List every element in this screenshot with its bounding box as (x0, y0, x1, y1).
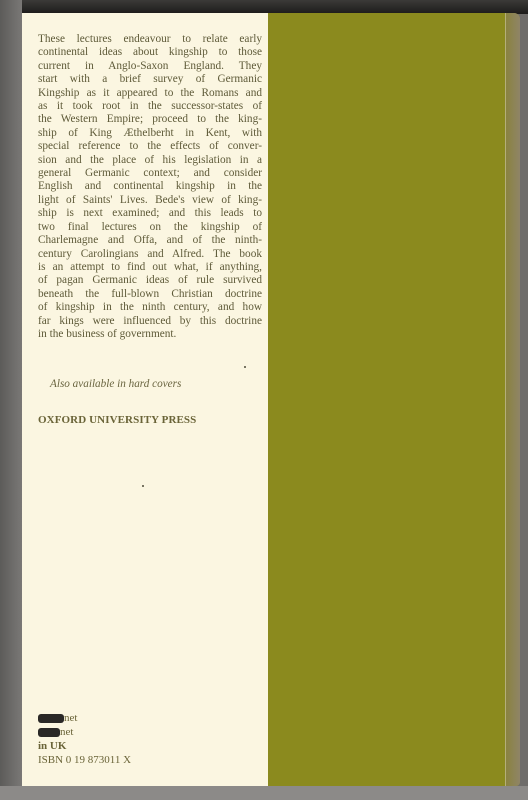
blurb-line: far kings were influenced by this doctri… (38, 315, 262, 328)
blurb-line: in the business of government. (38, 328, 262, 341)
background-surface (0, 786, 528, 800)
print-speck (142, 485, 144, 487)
blurb-line: light of Saints' Lives. Bede's view of k… (38, 194, 262, 207)
print-speck (244, 366, 246, 368)
background-top-shadow (0, 0, 528, 14)
blurb-line: general Germanic context; and consider (38, 167, 262, 180)
blurb-line: Kingship as it appeared to the Romans an… (38, 87, 262, 100)
blurb-line: start with a brief survey of Germanic (38, 73, 262, 86)
price-suffix: net (64, 711, 77, 725)
blurb-line: Charlemagne and Offa, and of the ninth- (38, 234, 262, 247)
blurb-line: is an attempt to find out what, if anyth… (38, 261, 262, 274)
blurb-line: ship is next examined; and this leads to (38, 207, 262, 220)
publisher-name: OXFORD UNIVERSITY PRESS (38, 414, 196, 426)
blurb-line: two final lectures on the kingship of (38, 221, 262, 234)
redacted-price (38, 728, 60, 737)
background-left-shadow (0, 0, 22, 800)
price-suffix: net (60, 725, 73, 739)
blurb-line: of kingship in the ninth century, and ho… (38, 301, 262, 314)
blurb-line: ship of King Æthelberht in Kent, with (38, 127, 262, 140)
blurb-line: century Carolingians and Alfred. The boo… (38, 248, 262, 261)
blurb-text: These lectures endeavour to relate early… (38, 33, 262, 341)
book-back-cover: These lectures endeavour to relate early… (22, 13, 520, 786)
blurb-line: special reference to the effects of conv… (38, 140, 262, 153)
price-line: net (38, 725, 131, 739)
blurb-line: as it took root in the successor-states … (38, 100, 262, 113)
blurb-line: English and continental kingship in the (38, 180, 262, 193)
blurb-line: the Western Empire; proceed to the king- (38, 113, 262, 126)
price-line: net (38, 711, 131, 725)
olive-color-panel (268, 13, 506, 786)
blurb-line: beneath the full-blown Christian doctrin… (38, 288, 262, 301)
blurb-line: continental ideas about kingship to thos… (38, 46, 262, 59)
availability-note: Also available in hard covers (50, 378, 181, 390)
cover-edge (505, 13, 520, 786)
redacted-price (38, 714, 64, 723)
blurb-line: current in Anglo-Saxon England. They (38, 60, 262, 73)
blurb-line: These lectures endeavour to relate early (38, 33, 262, 46)
isbn: ISBN 0 19 873011 X (38, 753, 131, 767)
text-panel: These lectures endeavour to relate early… (22, 13, 268, 786)
blurb-line: of pagan Germanic ideas of rule survived (38, 274, 262, 287)
price-block: net net in UK ISBN 0 19 873011 X (38, 711, 131, 767)
blurb-line: sion and the place of his legislation in… (38, 154, 262, 167)
price-region: in UK (38, 739, 131, 753)
